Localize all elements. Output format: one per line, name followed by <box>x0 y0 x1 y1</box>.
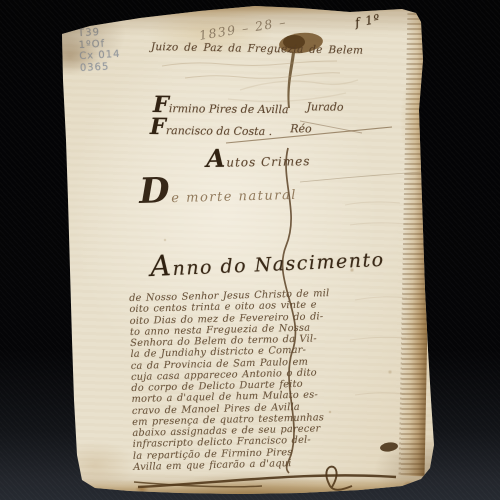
paper-edge-vignette <box>0 0 500 500</box>
photo-background: T39 1ºOf Cx 014 0365 1839 – 28 – f 1º Ju… <box>0 0 500 500</box>
manuscript-page: T39 1ºOf Cx 014 0365 1839 – 28 – f 1º Ju… <box>0 0 500 500</box>
